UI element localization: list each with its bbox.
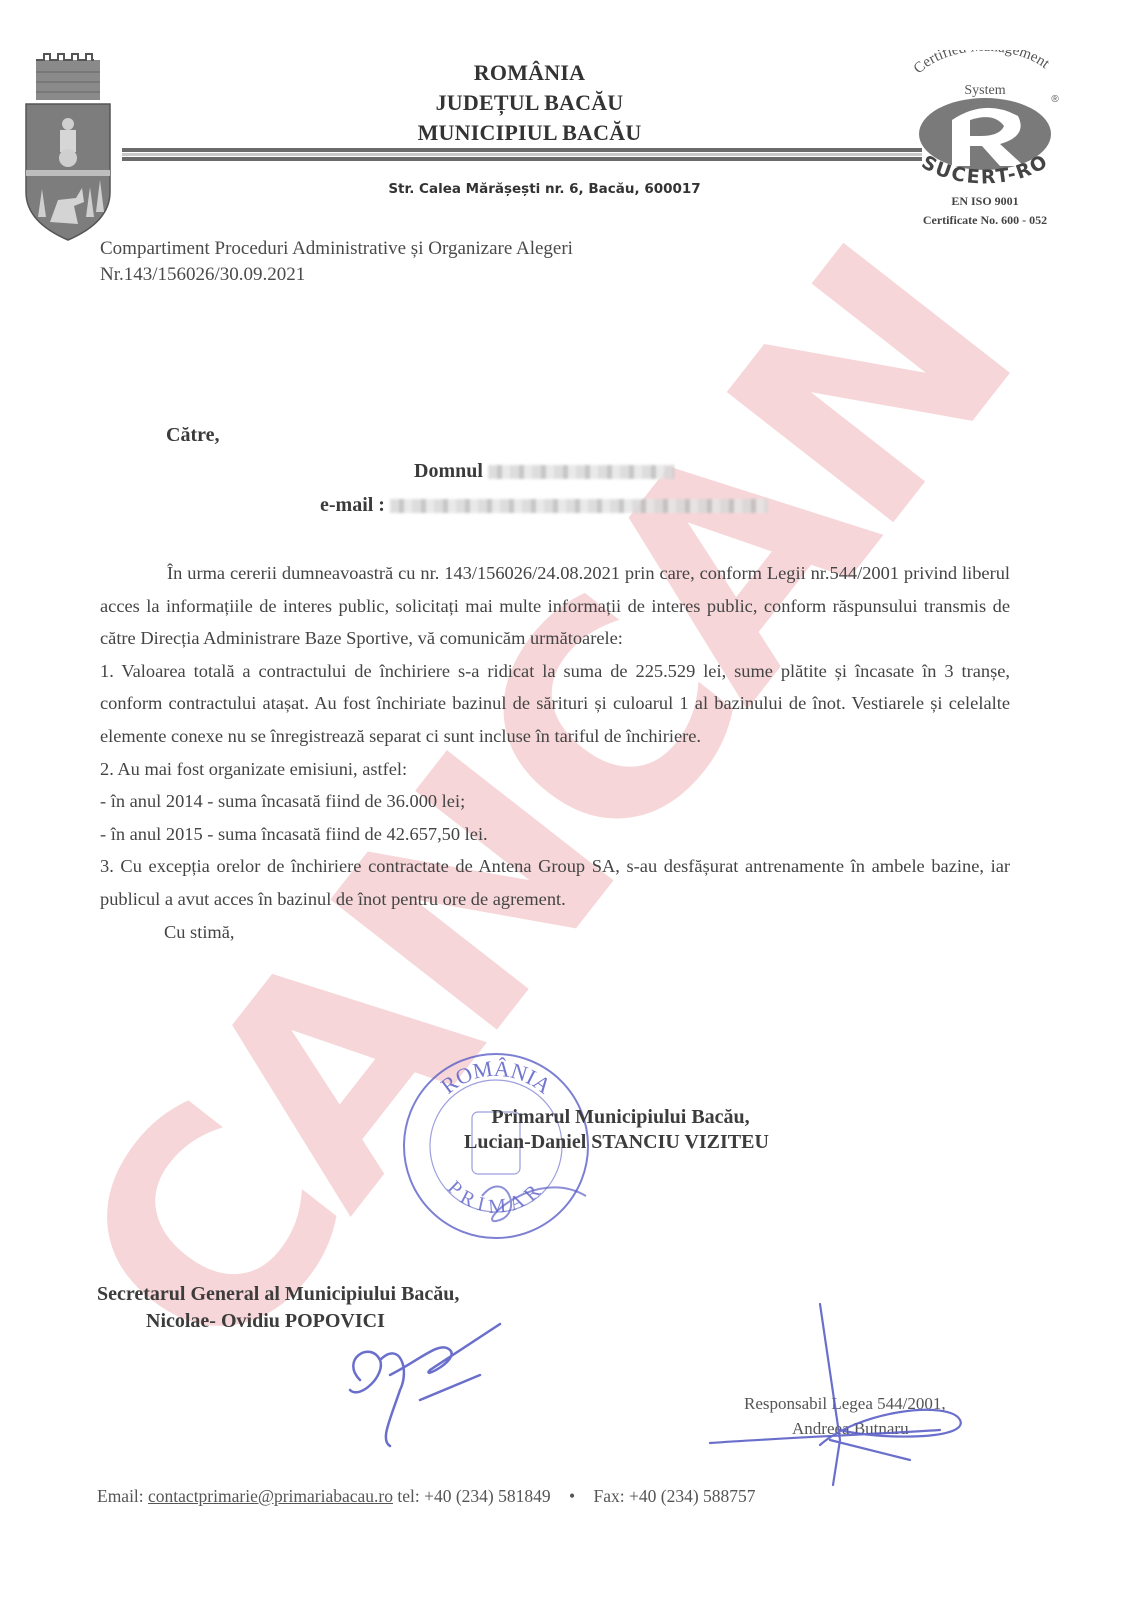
footer-fax: +40 (234) 588757 [629,1486,756,1506]
footer-email-label: Email: [97,1486,144,1506]
svg-text:®: ® [1051,94,1059,105]
point-1: 1. Valoarea totală a contractului de înc… [100,655,1010,753]
svg-text:Certified Management: Certified Management [911,50,1053,77]
intro-paragraph: În urma cererii dumneavoastră cu nr. 143… [100,557,1010,655]
point-2-item-2015: - în anul 2015 - suma încasată fiind de … [100,818,1010,851]
responsible-signature-icon [700,1280,1030,1500]
footer-fax-label: Fax: [594,1486,625,1506]
point-2: 2. Au mai fost organizate emisiuni, astf… [100,753,1010,786]
certificate-number: Certificate No. 600 - 052 [900,213,1070,228]
footer-email-link[interactable]: contactprimarie@primariabacau.ro [148,1486,393,1506]
letter-body: În urma cererii dumneavoastră cu nr. 143… [100,557,1010,948]
header-divider [122,148,922,162]
point-2-item-2014: - în anul 2014 - suma încasată fiind de … [100,785,1010,818]
point-3: 3. Cu excepția orelor de închiriere cont… [100,850,1010,915]
recipient-line: Domnul [414,460,674,483]
footer-contact: Email: contactprimarie@primariabacau.ro … [97,1486,756,1507]
mayor-title: Primarul Municipiului Bacău, [0,1106,1131,1129]
sucert-logo-icon: Certified Management System ® SUCERT-RO [900,50,1070,200]
iso-standard: EN ISO 9001 [900,194,1070,209]
svg-text:ROMÂNIA: ROMÂNIA [436,1056,556,1099]
footer-tel: +40 (234) 581849 [424,1486,551,1506]
closing: Cu stimă, [100,916,1010,949]
salutation: Către, [166,424,220,447]
recipient-name-redacted [488,465,674,479]
email-label: e-mail : [320,494,385,516]
secretary-signature-icon [330,1320,510,1450]
department-name: Compartiment Proceduri Administrative și… [100,238,573,260]
footer-separator: • [569,1486,575,1506]
mayor-name: Lucian-Daniel STANCIU VIZITEU [0,1131,1131,1154]
secretary-title: Secretarul General al Municipiului Bacău… [97,1283,459,1306]
recipient-prefix: Domnul [414,460,483,482]
recipient-email-line: e-mail : [320,494,768,517]
svg-text:System: System [964,83,1005,98]
reference-number: Nr.143/156026/30.09.2021 [100,264,305,286]
footer-tel-label: tel: [397,1486,419,1506]
sucert-certification-logo: Certified Management System ® SUCERT-RO … [900,50,1070,235]
recipient-email-redacted [390,499,768,513]
